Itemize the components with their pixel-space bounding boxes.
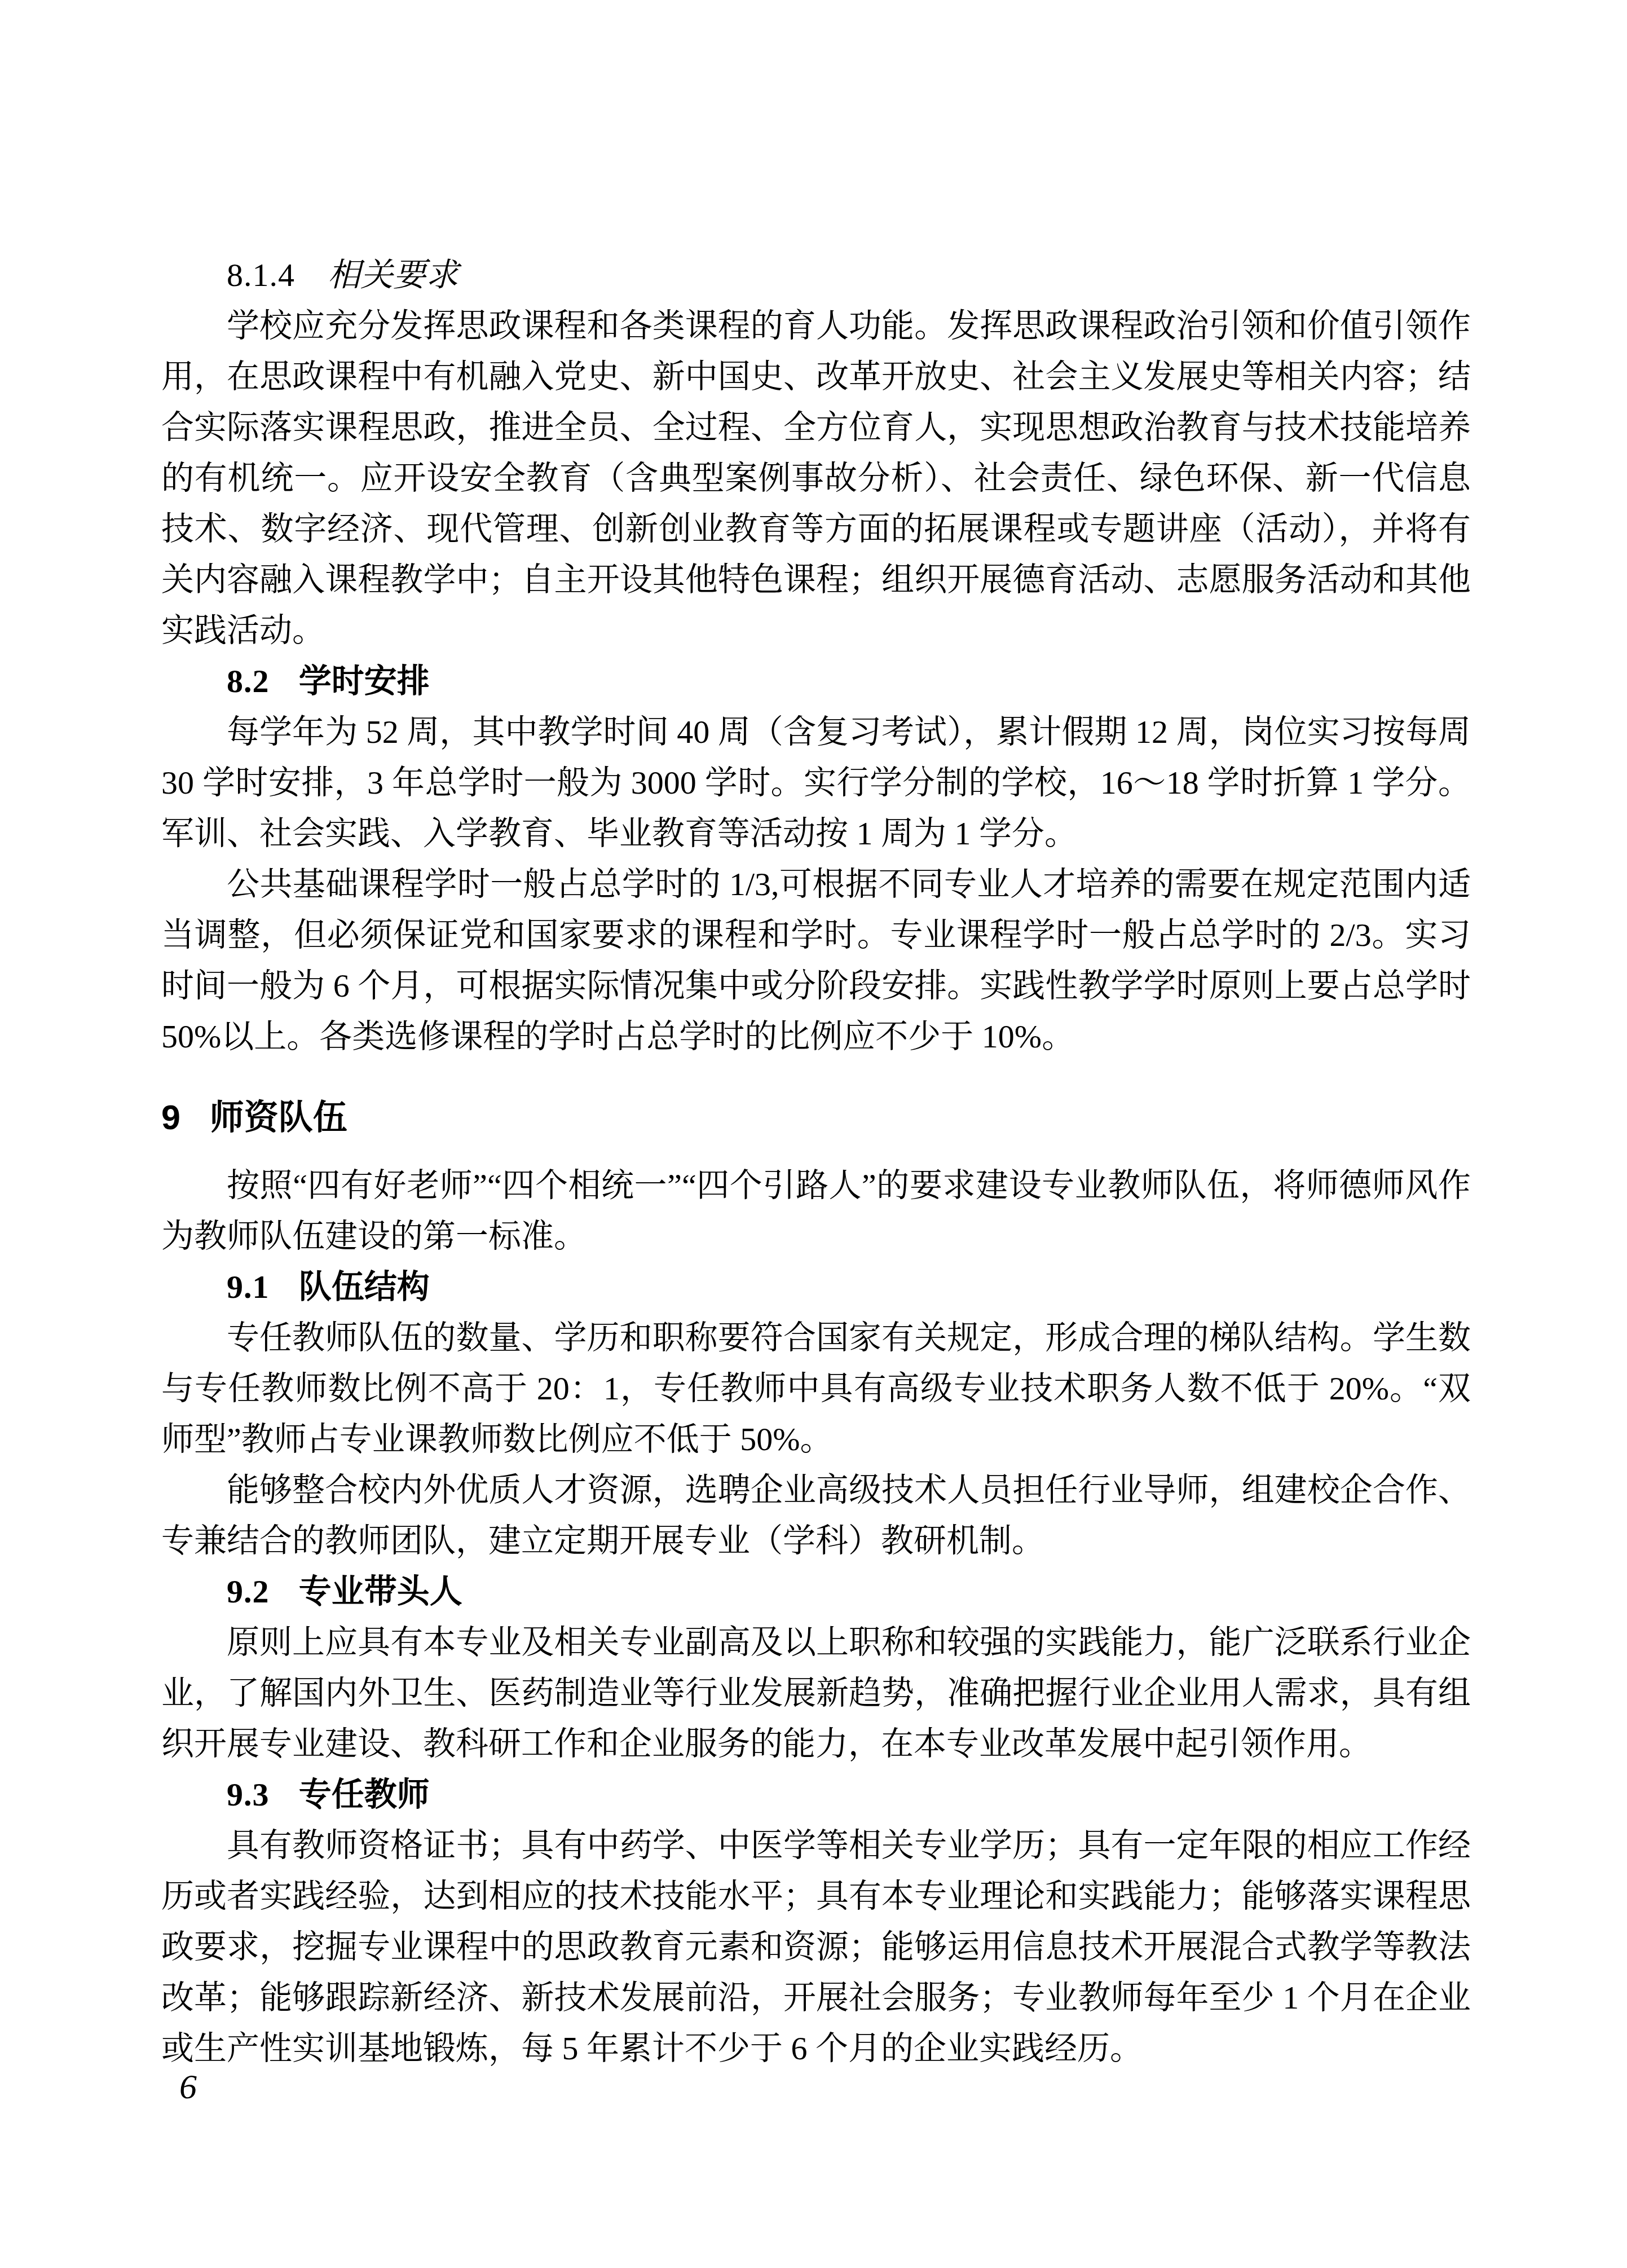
- paragraph-program-leader: 原则上应具有本专业及相关专业副高及以上职称和较强的实践能力，能广泛联系行业企业，…: [161, 1617, 1471, 1769]
- document-page: 8.1.4相关要求 学校应充分发挥思政课程和各类课程的育人功能。发挥思政课程政治…: [0, 0, 1627, 2268]
- heading-9-3-title: 专任教师: [299, 1776, 430, 1813]
- heading-9-2: 9.2专业带头人: [161, 1566, 1471, 1617]
- heading-8-2-title: 学时安排: [299, 663, 430, 699]
- heading-9-3-number: 9.3: [227, 1776, 270, 1813]
- heading-9: 9师资队伍: [161, 1089, 1471, 1146]
- paragraph-school-weeks: 每学年为 52 周，其中教学时间 40 周（含复习考试），累计假期 12 周，岗…: [161, 707, 1471, 859]
- heading-9-1-number: 9.1: [227, 1269, 270, 1305]
- heading-9-2-number: 9.2: [227, 1573, 270, 1610]
- heading-8-2: 8.2学时安排: [161, 656, 1471, 707]
- heading-8-1-4: 8.1.4相关要求: [161, 250, 1471, 301]
- heading-9-3: 9.3专任教师: [161, 1769, 1471, 1820]
- document-body: 8.1.4相关要求 学校应充分发挥思政课程和各类课程的育人功能。发挥思政课程政治…: [161, 250, 1471, 2074]
- heading-9-title: 师资队伍: [210, 1098, 347, 1137]
- paragraph-ideological-requirements: 学校应充分发挥思政课程和各类课程的育人功能。发挥思政课程政治引领和价值引领作用，…: [161, 301, 1471, 656]
- heading-9-number: 9: [161, 1098, 180, 1137]
- paragraph-teacher-team-principle: 按照“四有好老师”“四个相统一”“四个引路人”的要求建设专业教师队伍，将师德师风…: [161, 1160, 1471, 1262]
- paragraph-fulltime-teacher-requirements: 具有教师资格证书；具有中药学、中医学等相关专业学历；具有一定年限的相应工作经历或…: [161, 1820, 1471, 2074]
- paragraph-talent-integration: 能够整合校内外优质人才资源，选聘企业高级技术人员担任行业导师，组建校企合作、专兼…: [161, 1465, 1471, 1566]
- heading-9-1-title: 队伍结构: [299, 1269, 430, 1305]
- heading-9-1: 9.1队伍结构: [161, 1262, 1471, 1313]
- heading-9-2-title: 专业带头人: [299, 1573, 462, 1610]
- page-number: 6: [179, 2062, 197, 2112]
- heading-8-2-number: 8.2: [227, 663, 270, 699]
- heading-8-1-4-title: 相关要求: [328, 257, 458, 293]
- heading-8-1-4-number: 8.1.4: [227, 257, 295, 293]
- paragraph-course-hour-ratios: 公共基础课程学时一般占总学时的 1/3,可根据不同专业人才培养的需要在规定范围内…: [161, 859, 1471, 1062]
- paragraph-team-structure: 专任教师队伍的数量、学历和职称要符合国家有关规定，形成合理的梯队结构。学生数与专…: [161, 1313, 1471, 1465]
